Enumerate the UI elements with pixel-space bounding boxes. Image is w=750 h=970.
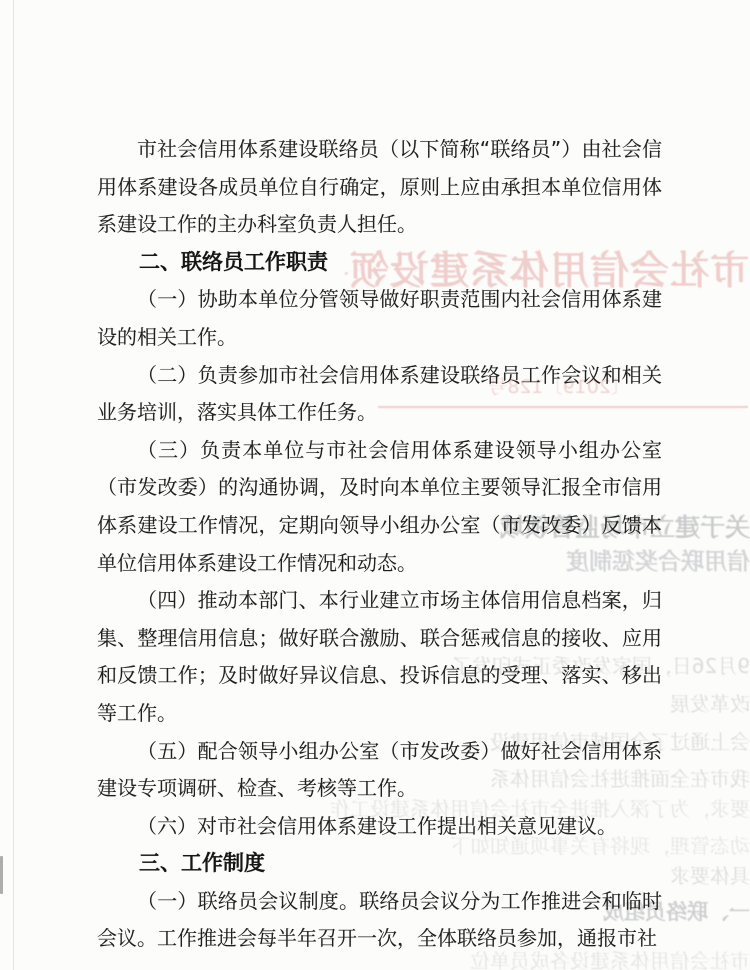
heading-section-3-system: 三、工作制度	[97, 845, 662, 883]
paragraph-liaison-appointment: 市社会信用体系建设联络员（以下简称“联络员”）由社会信用体系建设各成员单位自行确…	[97, 131, 662, 244]
paragraph-duty-1: （一）协助本单位分管领导做好职责范围内社会信用体系建设的相关工作。	[97, 281, 662, 356]
scan-edge-line	[13, 0, 14, 970]
paragraph-duty-5: （五）配合领导小组办公室（市发改委）做好社会信用体系建设专项调研、检查、考核等工…	[97, 733, 662, 808]
bleedthrough-gray-edge-fragment: 改革发展	[664, 688, 750, 717]
document-text-block: 市社会信用体系建设联络员（以下简称“联络员”）由社会信用体系建设各成员单位自行确…	[97, 131, 662, 958]
scanned-document-page: 市社会信用体系建设领导 〔2019〕128号 关于建立市场监管领域 信用联合奖惩…	[0, 0, 750, 970]
heading-section-2-duties: 二、联络员工作职责	[97, 244, 662, 282]
paragraph-duty-4: （四）推动本部门、本行业建立市场主体信用信息档案，归集、整理信用信息；做好联合激…	[97, 582, 662, 732]
paragraph-duty-6: （六）对市社会信用体系建设工作提出相关意见建议。	[97, 808, 662, 846]
paragraph-meeting-system: （一）联络员会议制度。联络员会议分为工作推进会和临时会议。工作推进会每半年召开一…	[97, 883, 662, 958]
bleedthrough-gray-edge-fragment: 具体要求	[662, 860, 750, 889]
scan-smudge-mark	[0, 856, 3, 894]
paragraph-duty-3: （三）负责本单位与市社会信用体系建设领导小组办公室（市发改委）的沟通协调，及时向…	[97, 432, 662, 582]
paragraph-duty-2: （二）负责参加市社会信用体系建设联络员工作会议和相关业务培训，落实具体工作任务。	[97, 357, 662, 432]
